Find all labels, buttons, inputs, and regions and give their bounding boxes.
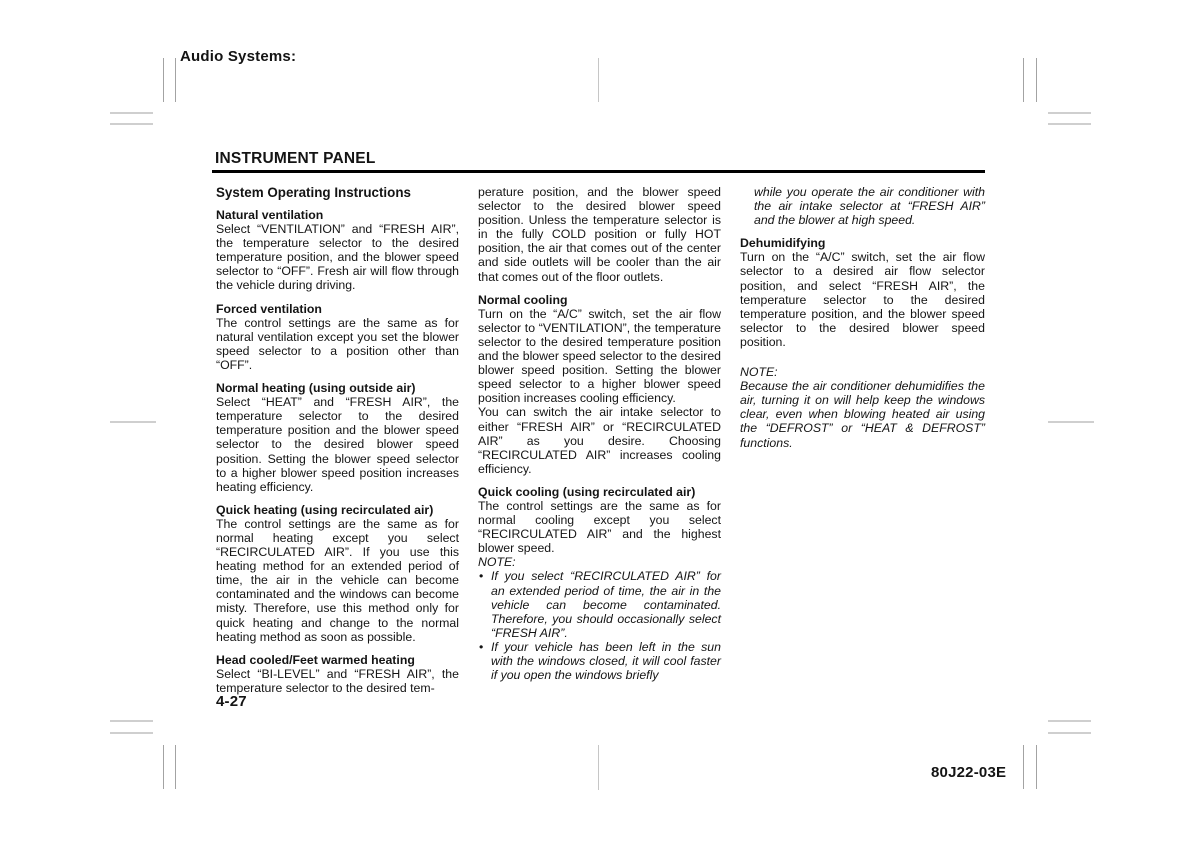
- crop-mark-bottom-right-h1: [1048, 720, 1091, 722]
- col2-paragraph-normal-cooling: Turn on the “A/C” switch, set the air fl…: [478, 307, 721, 406]
- col1-subheading-forced-ventilation: Forced ventilation: [216, 302, 459, 316]
- column-2: perature position, and the blower speed …: [478, 185, 721, 682]
- crop-mark-top-right-h1: [1048, 112, 1091, 114]
- col2-subheading-normal-cooling: Normal cooling: [478, 293, 721, 307]
- col1-paragraph-normal-heating: Select “HEAT” and “FRESH AIR”, the tempe…: [216, 395, 459, 494]
- document-code: 80J22-03E: [931, 764, 1006, 781]
- crop-mark-top-right-v1: [1023, 58, 1024, 102]
- col3-note-label: NOTE:: [740, 365, 985, 379]
- col3-note-text: Because the air conditioner dehumidifies…: [740, 379, 985, 449]
- column-1: System Operating Instructions Natural ve…: [216, 185, 459, 695]
- crop-mark-top-left-v2: [175, 58, 176, 102]
- col1-heading-system-operating-instructions: System Operating Instructions: [216, 185, 459, 200]
- crop-mark-bottom-left-h1: [110, 720, 153, 722]
- crop-mark-top-left-h1: [110, 112, 153, 114]
- col1-subheading-quick-heating: Quick heating (using recirculated air): [216, 503, 459, 517]
- section-title-rule: [212, 170, 985, 173]
- crop-mark-bottom-center: [598, 745, 599, 790]
- crop-mark-bottom-left-v2: [175, 745, 176, 789]
- crop-mark-middle-right: [1048, 421, 1094, 423]
- col2-note-bullet-1: • If you select “RECIRCULATED AIR” for a…: [478, 569, 721, 639]
- col1-subheading-normal-heating: Normal heating (using outside air): [216, 381, 459, 395]
- col2-note-bullet-2-text: If your vehicle has been left in the sun…: [491, 640, 721, 682]
- page-number: 4-27: [216, 693, 247, 710]
- crop-mark-bottom-left-v1: [163, 745, 164, 789]
- col2-note-label: NOTE:: [478, 555, 721, 569]
- crop-mark-bottom-right-h2: [1048, 732, 1091, 734]
- col2-note-bullet-2: • If your vehicle has been left in the s…: [478, 640, 721, 682]
- col2-subheading-quick-cooling: Quick cooling (using recirculated air): [478, 485, 721, 499]
- col2-paragraph-quick-cooling: The control settings are the same as for…: [478, 499, 721, 555]
- crop-mark-top-right-h2: [1048, 123, 1091, 125]
- crop-mark-bottom-right-v2: [1036, 745, 1037, 789]
- col1-paragraph-natural-ventilation: Select “VENTILATION” and “FRESH AIR”, th…: [216, 222, 459, 292]
- col1-paragraph-head-cooled-feet-warmed: Select “BI-LEVEL” and “FRESH AIR”, the t…: [216, 667, 459, 695]
- bullet-dot-icon: •: [479, 569, 483, 583]
- col2-paragraph-continuation: perature position, and the blower speed …: [478, 185, 721, 284]
- col2-note-bullet-1-text: If you select “RECIRCULATED AIR” for an …: [491, 569, 721, 639]
- crop-mark-middle-left: [110, 421, 156, 423]
- crop-mark-top-left-h2: [110, 123, 153, 125]
- col3-subheading-dehumidifying: Dehumidifying: [740, 236, 985, 250]
- col3-bullet-continuation: while you operate the air conditioner wi…: [740, 185, 985, 227]
- running-header: Audio Systems:: [180, 48, 296, 65]
- section-title: INSTRUMENT PANEL: [215, 150, 376, 168]
- col1-subheading-natural-ventilation: Natural ventilation: [216, 208, 459, 222]
- crop-mark-top-right-v2: [1036, 58, 1037, 102]
- col1-paragraph-quick-heating: The control settings are the same as for…: [216, 517, 459, 644]
- crop-mark-bottom-left-h2: [110, 732, 153, 734]
- col1-subheading-head-cooled-feet-warmed: Head cooled/Feet warmed heating: [216, 653, 459, 667]
- col1-paragraph-forced-ventilation: The control settings are the same as for…: [216, 316, 459, 372]
- crop-mark-bottom-right-v1: [1023, 745, 1024, 789]
- column-3: while you operate the air conditioner wi…: [740, 185, 985, 450]
- bullet-dot-icon: •: [479, 640, 483, 654]
- crop-mark-top-center: [598, 58, 599, 102]
- col3-paragraph-dehumidifying: Turn on the “A/C” switch, set the air fl…: [740, 250, 985, 349]
- col2-paragraph-normal-cooling-2: You can switch the air intake selector t…: [478, 405, 721, 475]
- manual-page: Audio Systems: INSTRUMENT PANEL System O…: [0, 0, 1200, 848]
- crop-mark-top-left-v1: [163, 58, 164, 102]
